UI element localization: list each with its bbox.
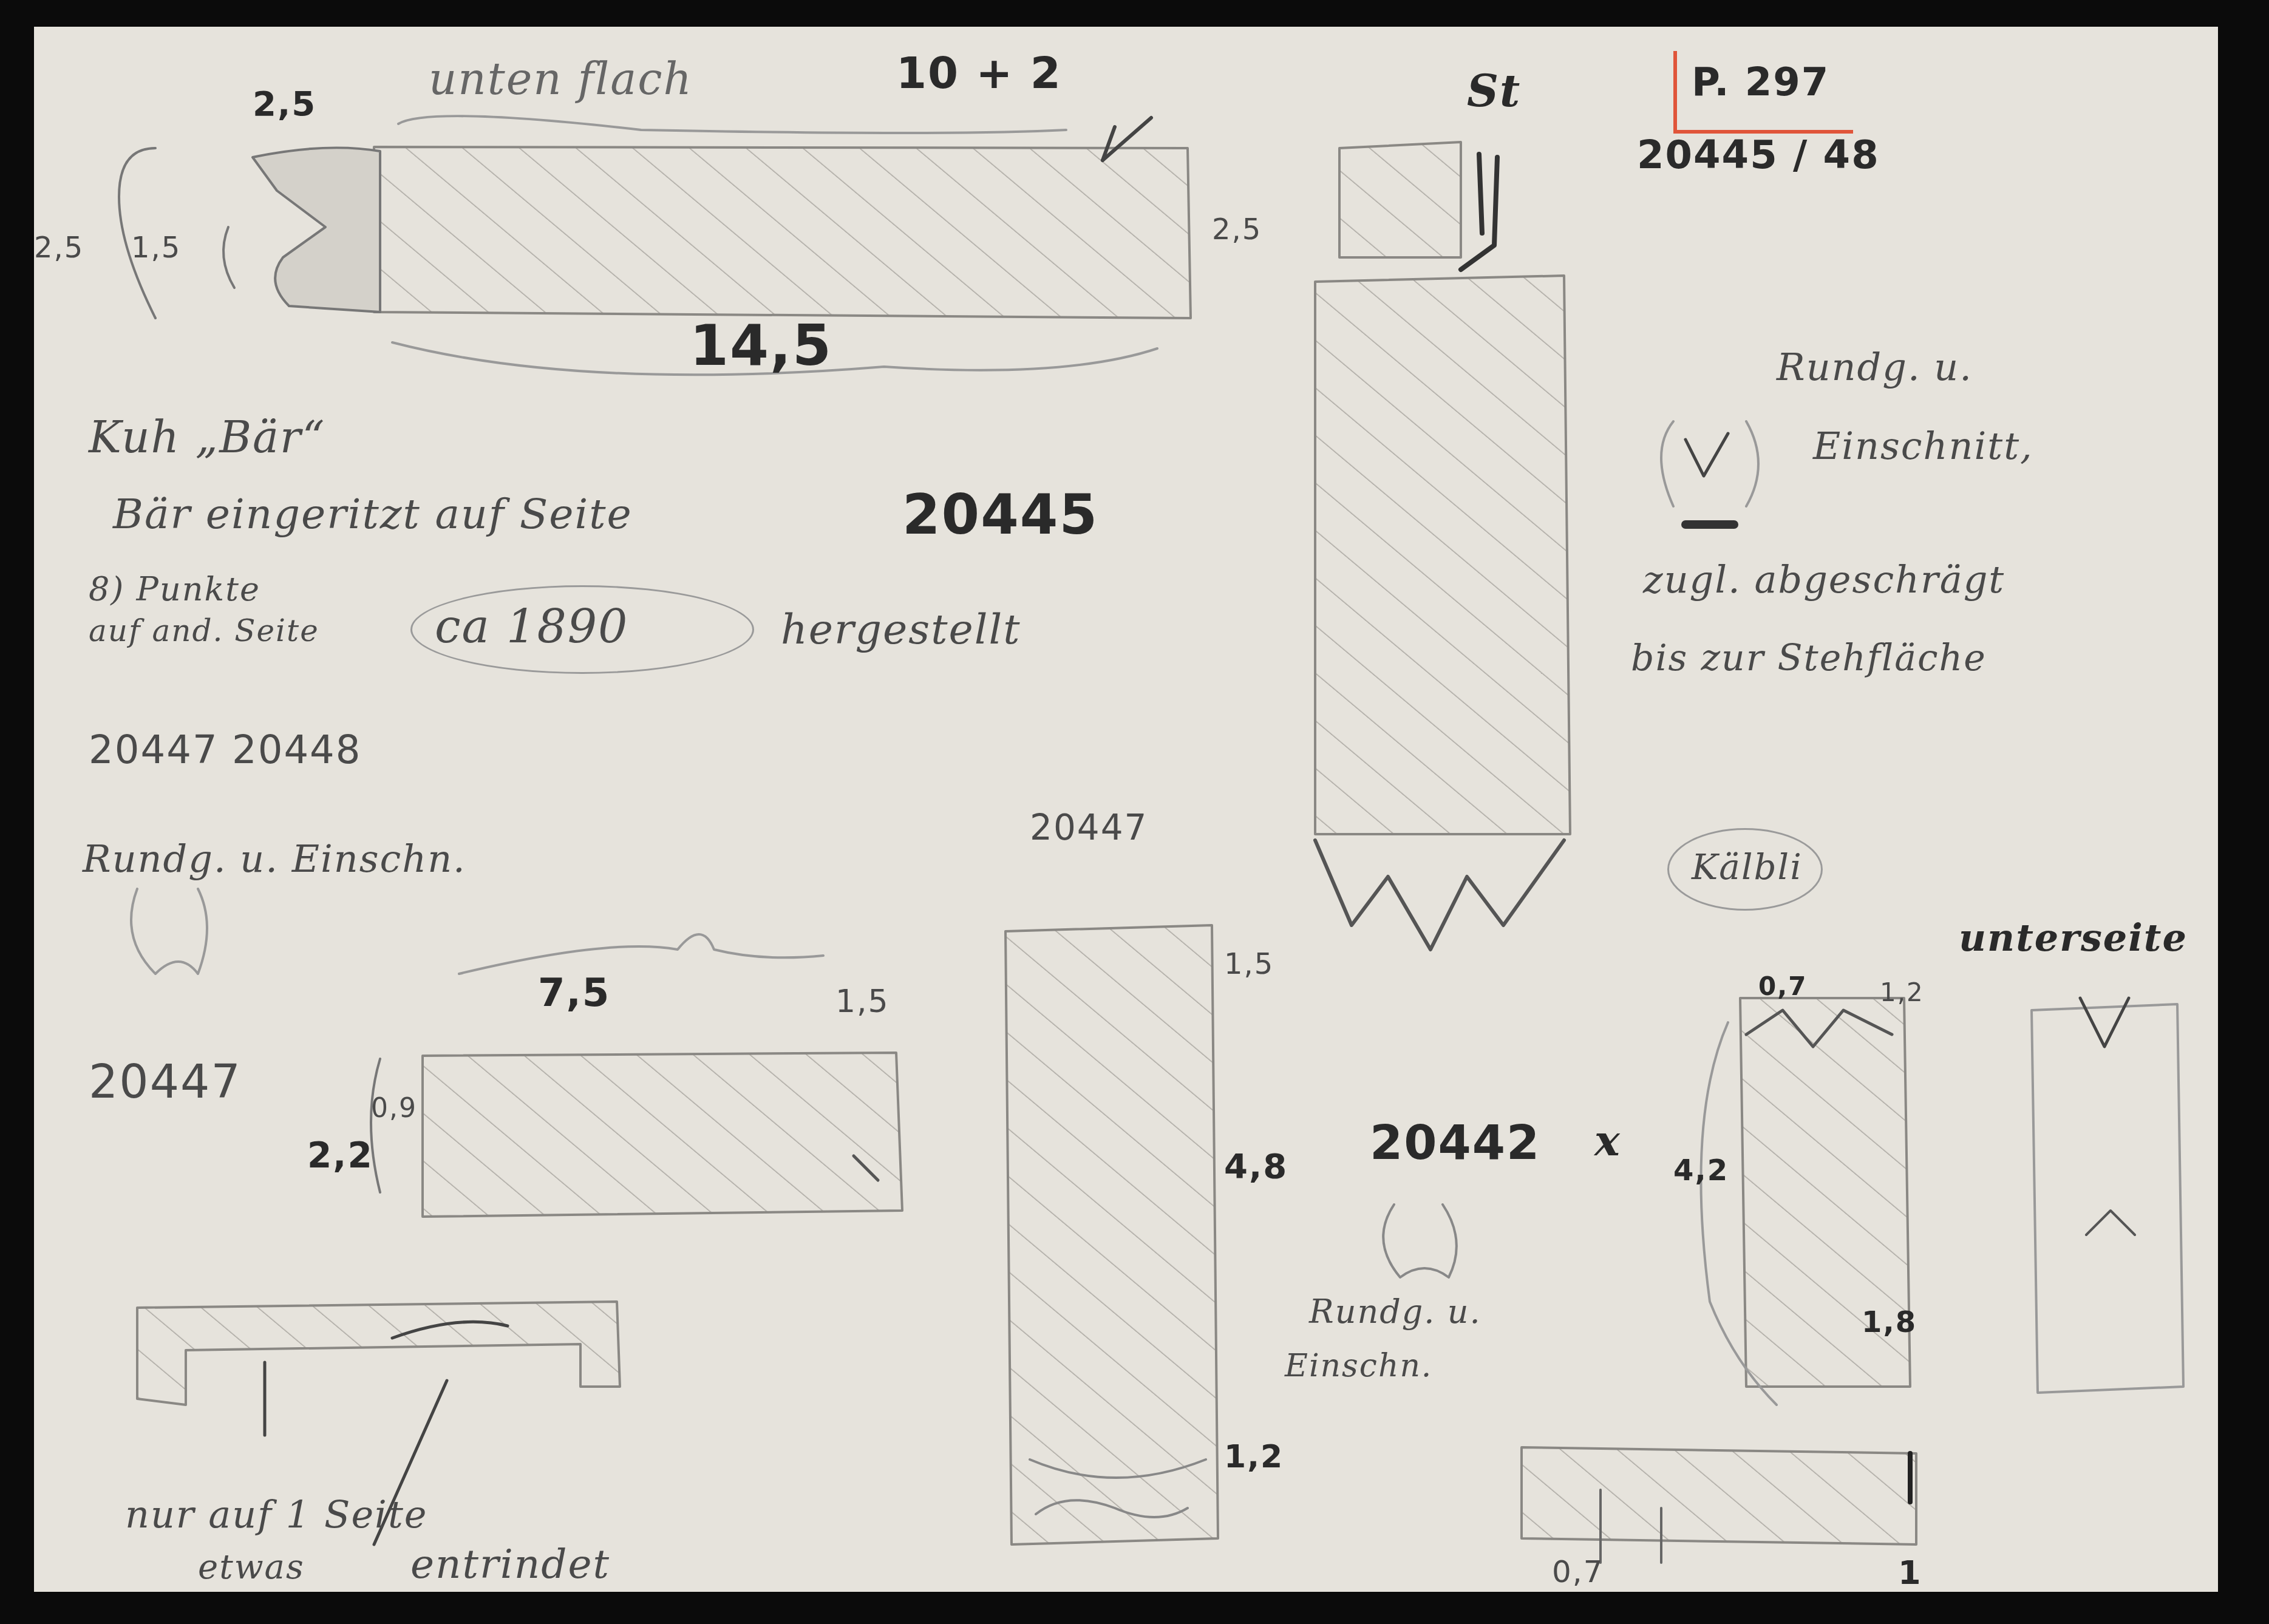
note-stehflaeche: bis zur Stehfläche [1631,640,1987,676]
note-punkte: 8) Punkte [89,573,260,606]
note-rundg-einschn: Rundg. u. Einschn. [83,840,466,878]
dim-height-2-2: 2,2 [307,1138,373,1173]
note-etwas: etwas [198,1551,305,1585]
dim-inner-0-9: 0,9 [371,1095,417,1122]
label-kaelbli: Kälbli [1692,849,1803,885]
label-20447-vertical: 20447 [1030,810,1148,845]
top-right-abbrev: St [1467,69,1521,113]
vertical-piece-outline [1315,276,1570,834]
note-rundg: Rundg. u. [1777,348,1973,386]
main-width-label: 14,5 [690,318,832,374]
dim-bottom-right-1: 1 [1898,1557,1922,1589]
mark-x: x [1594,1119,1621,1162]
note-einschnitt: Einschnitt, [1813,427,2033,465]
main-left-dim-outer: 2,5 [34,233,84,262]
dim-length-7-5: 7,5 [538,974,610,1013]
note-nur-auf-1-seite: nur auf 1 Seite [125,1496,428,1534]
piece-20447-vertical-outline [1005,925,1218,1544]
dim-end-1-5: 1,5 [835,986,890,1018]
numbers-20447-20448: 20447 20448 [89,731,362,770]
note-auf-and-seite: auf and. Seite [89,616,319,646]
note-date: ca 1890 [435,603,628,650]
label-unterseite: unterseite [1959,919,2188,957]
sketch-sheet: P. 297 20445 / 48 unten flach 10 + 2 St … [34,27,2218,1592]
page-reference: P. 297 [1692,63,1829,102]
top-measure: 10 + 2 [896,51,1062,95]
dim-middle-4-8: 4,8 [1224,1150,1288,1184]
note-rundg-2: Rundg. u. [1309,1296,1481,1328]
note-abgeschraegt: zugl. abgeschrägt [1643,561,2005,599]
dim-bottom-left-0-7: 0,7 [1552,1557,1604,1587]
note-baer-eingeritzt: Bär eingeritzt auf Seite [113,494,633,535]
catalog-number: 20445 / 48 [1637,136,1880,175]
dim-top-0-7: 0,7 [1758,974,1807,999]
note-einschn-2: Einschn. [1285,1350,1432,1382]
dim-lower-1-8: 1,8 [1862,1308,1917,1337]
note-hergestellt: hergestellt [781,610,1021,651]
note-entrindet: entrindet [410,1544,610,1585]
main-left-dim-inner: 1,5 [131,233,181,262]
main-piece-outline [374,147,1191,318]
top-note-unten-flach: unten flach [429,57,693,101]
t-piece-outline [137,1302,620,1405]
underside-piece-outline [2032,1004,2183,1393]
label-20447: 20447 [89,1059,242,1105]
main-right-dim: 2,5 [1212,215,1262,244]
main-top-dim: 2,5 [253,87,316,121]
number-20445: 20445 [902,488,1098,543]
note-kuh-baer: Kuh „Bär“ [89,415,325,459]
label-20442: 20442 [1370,1119,1540,1167]
piece-20447-outline [423,1053,902,1217]
bottom-right-piece-outline [1522,1447,1916,1544]
dim-side-1-2: 1,2 [1880,980,1924,1005]
dim-height-4-2: 4,2 [1673,1156,1729,1185]
dim-bottom-1-2: 1,2 [1224,1441,1284,1473]
dim-top-1-5: 1,5 [1224,950,1274,979]
